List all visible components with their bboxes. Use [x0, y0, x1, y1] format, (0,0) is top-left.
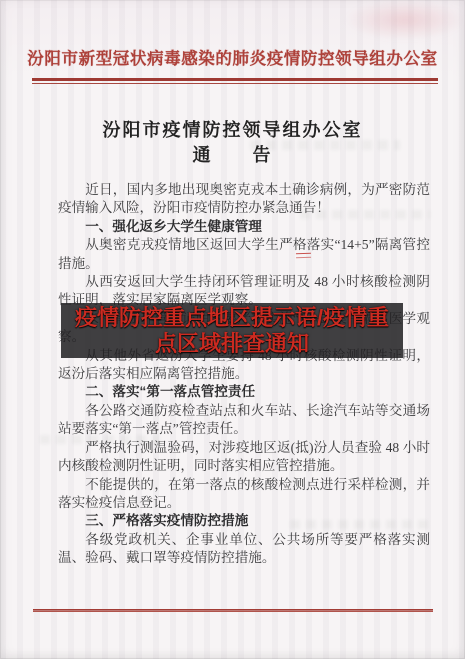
body-paragraph: 近日，国内多地出现奥密克戎本土确诊病例，为严密防范疫情输入风险，汾阳市疫情防控办…	[58, 181, 430, 218]
document-subtitle-notice: 通 告	[0, 141, 465, 167]
letterhead-divider	[32, 78, 438, 84]
caption-text-line2: 点区域排查通知	[155, 331, 309, 357]
body-paragraphs: 近日，国内多地出现奥密克戎本土确诊病例，为严密防范疫情输入风险，汾阳市疫情防控办…	[58, 181, 430, 568]
caption-text-line1: 疫情防控重点地区提示语/疫情重	[75, 305, 389, 331]
section-heading: 三、严格落实疫情防控措施	[58, 512, 430, 530]
letterhead-org-name: 汾阳市新型冠状病毒感染的肺炎疫情防控领导组办公室	[0, 45, 465, 69]
ink-smudge	[345, 0, 465, 40]
footer-divider	[33, 609, 433, 612]
body-paragraph: 从奥密克戎疫情地区返回大学生严格落实“14+5”隔离管控措施。	[58, 236, 430, 273]
section-heading: 二、落实“第一落点管控责任	[58, 383, 430, 401]
section-heading: 一、强化返乡大学生健康管理	[58, 218, 430, 236]
body-paragraph: 各级党政机关、企事业单位、公共场所等要严格落实测温、验码、戴口罩等疫情防控措施。	[58, 531, 430, 568]
caption-overlay-bar: 疫情防控重点地区提示语/疫情重 点区域排查通知	[61, 303, 403, 358]
body-paragraph: 不能提供的，在第一落点的核酸检测点进行采样检测，并落实检疫信息登记。	[58, 476, 430, 513]
body-paragraph: 各公路交通防疫检查站点和火车站、长途汽车站等交通场站要落实“第一落点”管控责任。	[58, 402, 430, 439]
body-paragraph: 严格执行测温验码，对涉疫地区返(抵)汾人员查验 48 小时内核酸检测阴性证明，同…	[58, 439, 430, 476]
document-photo: 汾阳市新型冠状病毒感染的肺炎疫情防控领导组办公室 汾阳市疫情防控领导组办公室 通…	[0, 0, 465, 659]
document-title: 汾阳市疫情防控领导组办公室	[0, 116, 465, 142]
